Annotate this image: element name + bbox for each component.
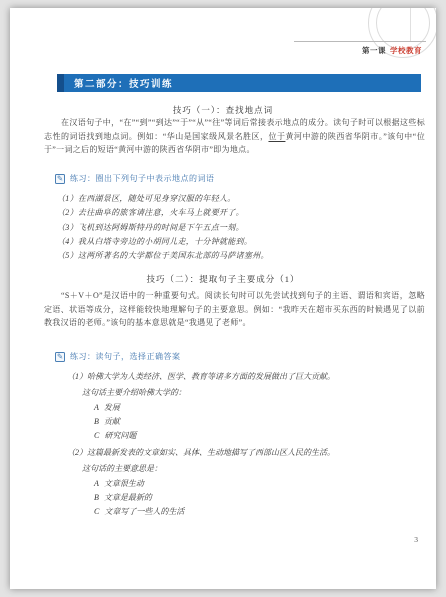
question-prompt: 这句话的主要意思是： [82,461,436,477]
option-letter: B [94,417,99,426]
skill2-paragraph: “S＋V＋O”是汉语中的一种重要句式。阅读长句时可以先尝试找到句子的主语、谓语和… [44,289,425,330]
exercise2-label: ✎ 练习：读句子，选择正确答案 [55,351,181,362]
pencil-icon: ✎ [55,174,65,184]
option-row: A文章很生动 [94,477,436,491]
unit-title: 学校教育 [390,46,422,55]
option-letter: C [94,507,99,516]
page-number: 3 [414,535,418,544]
question-stem: （2）这篇最新发表的文章如实、具体、生动地描写了西部山区人民的生活。 [67,445,436,461]
option-row: A发展 [94,401,436,415]
option-letter: B [94,493,99,502]
lesson-label: 第一课 [362,46,386,55]
skill1-paragraph: 在汉语句子中，“在”“到”“到达”“于”“从”“往”等词后常接表示地点的成分。读… [44,116,425,157]
section-bar-notch [57,74,64,92]
option-text: 发展 [104,403,120,412]
option-row: C研究问题 [94,429,436,443]
option-text: 文章是最新的 [104,493,152,502]
option-text: 贡献 [104,417,120,426]
document-page: 第一课学校教育 第二部分：技巧训练 技巧（一）：查找地点词 在汉语句子中，“在”… [10,8,436,589]
running-head: 第一课学校教育 [294,45,422,56]
exercise1-label-text: 练习：圈出下列句子中表示地点的词语 [70,173,215,184]
exercise1-label: ✎ 练习：圈出下列句子中表示地点的词语 [55,173,215,184]
option-letter: A [94,479,99,488]
section-bar: 第二部分：技巧训练 [57,74,421,92]
question-stem: （1）哈佛大学为人类经济、医学、教育等诸多方面的发展做出了巨大贡献。 [67,369,436,385]
list-item: （1）在西湖景区，随处可见身穿汉服的年轻人。 [57,192,425,206]
option-text: 文章写了一些人的生活 [104,507,184,516]
list-item: （2）去往曲阜的旅客请注意，火车马上就要开了。 [57,206,425,220]
option-text: 研究问题 [104,431,136,440]
exercise2-label-text: 练习：读句子，选择正确答案 [70,351,181,362]
option-row: C文章写了一些人的生活 [94,505,436,519]
exercise1-item-list: （1）在西湖景区，随处可见身穿汉服的年轻人。 （2）去往曲阜的旅客请注意，火车马… [57,192,425,263]
skill1-paragraph-underlined: 位于 [268,132,285,141]
pencil-icon: ✎ [55,352,65,362]
question-1: （1）哈佛大学为人类经济、医学、教育等诸多方面的发展做出了巨大贡献。 这句话主要… [67,369,436,444]
question-2: （2）这篇最新发表的文章如实、具体、生动地描写了西部山区人民的生活。 这句话的主… [67,445,436,520]
option-row: B贡献 [94,415,436,429]
list-item: （4）我从白塔寺旁边的小胡同儿走，十分钟就能到。 [57,235,425,249]
option-text: 文章很生动 [104,479,144,488]
option-row: B文章是最新的 [94,491,436,505]
running-head-rule [294,41,426,42]
list-item: （3）飞机到达阿姆斯特丹的时间是下午五点一刻。 [57,221,425,235]
question-prompt: 这句话主要介绍哈佛大学的： [82,385,436,401]
section-bar-label: 第二部分：技巧训练 [74,76,173,90]
skill2-title: 技巧（二）：提取句子主要成分（1） [10,273,436,285]
skill1-title: 技巧（一）：查找地点词 [10,104,436,116]
list-item: （5）这两所著名的大学都位于美国东北部的马萨诸塞州。 [57,249,425,263]
option-letter: C [94,431,99,440]
option-letter: A [94,403,99,412]
decorative-line [410,8,411,42]
